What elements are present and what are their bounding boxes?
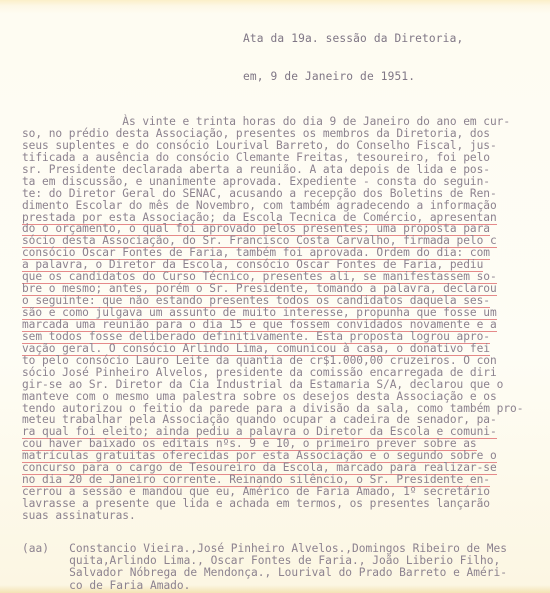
signature-line: Salvador Nóbrega de Mendonça., Lourival … bbox=[22, 567, 542, 579]
body-line-text: dimento Escolar do mês de Novembro, com … bbox=[22, 199, 497, 212]
minutes-body: Às vinte e trinta horas do dia 9 de Jane… bbox=[22, 116, 542, 522]
body-line: suas assinaturas. bbox=[22, 510, 542, 522]
body-line-text: suas assinaturas. bbox=[22, 509, 136, 522]
signature-line: co de Faria Amado. bbox=[22, 580, 542, 592]
document-title: Ata da 19a. sessão da Diretoria, em, 9 d… bbox=[243, 6, 463, 95]
body-line: dimento Escolar do mês de Novembro, com … bbox=[22, 200, 542, 212]
title-line-2: em, 9 de Janeiro de 1951. bbox=[243, 70, 463, 82]
signatures-block: (aa) Constancio Vieira.,José Pinheiro Al… bbox=[22, 543, 542, 592]
title-line-1: Ata da 19a. sessão da Diretoria, bbox=[243, 32, 463, 44]
